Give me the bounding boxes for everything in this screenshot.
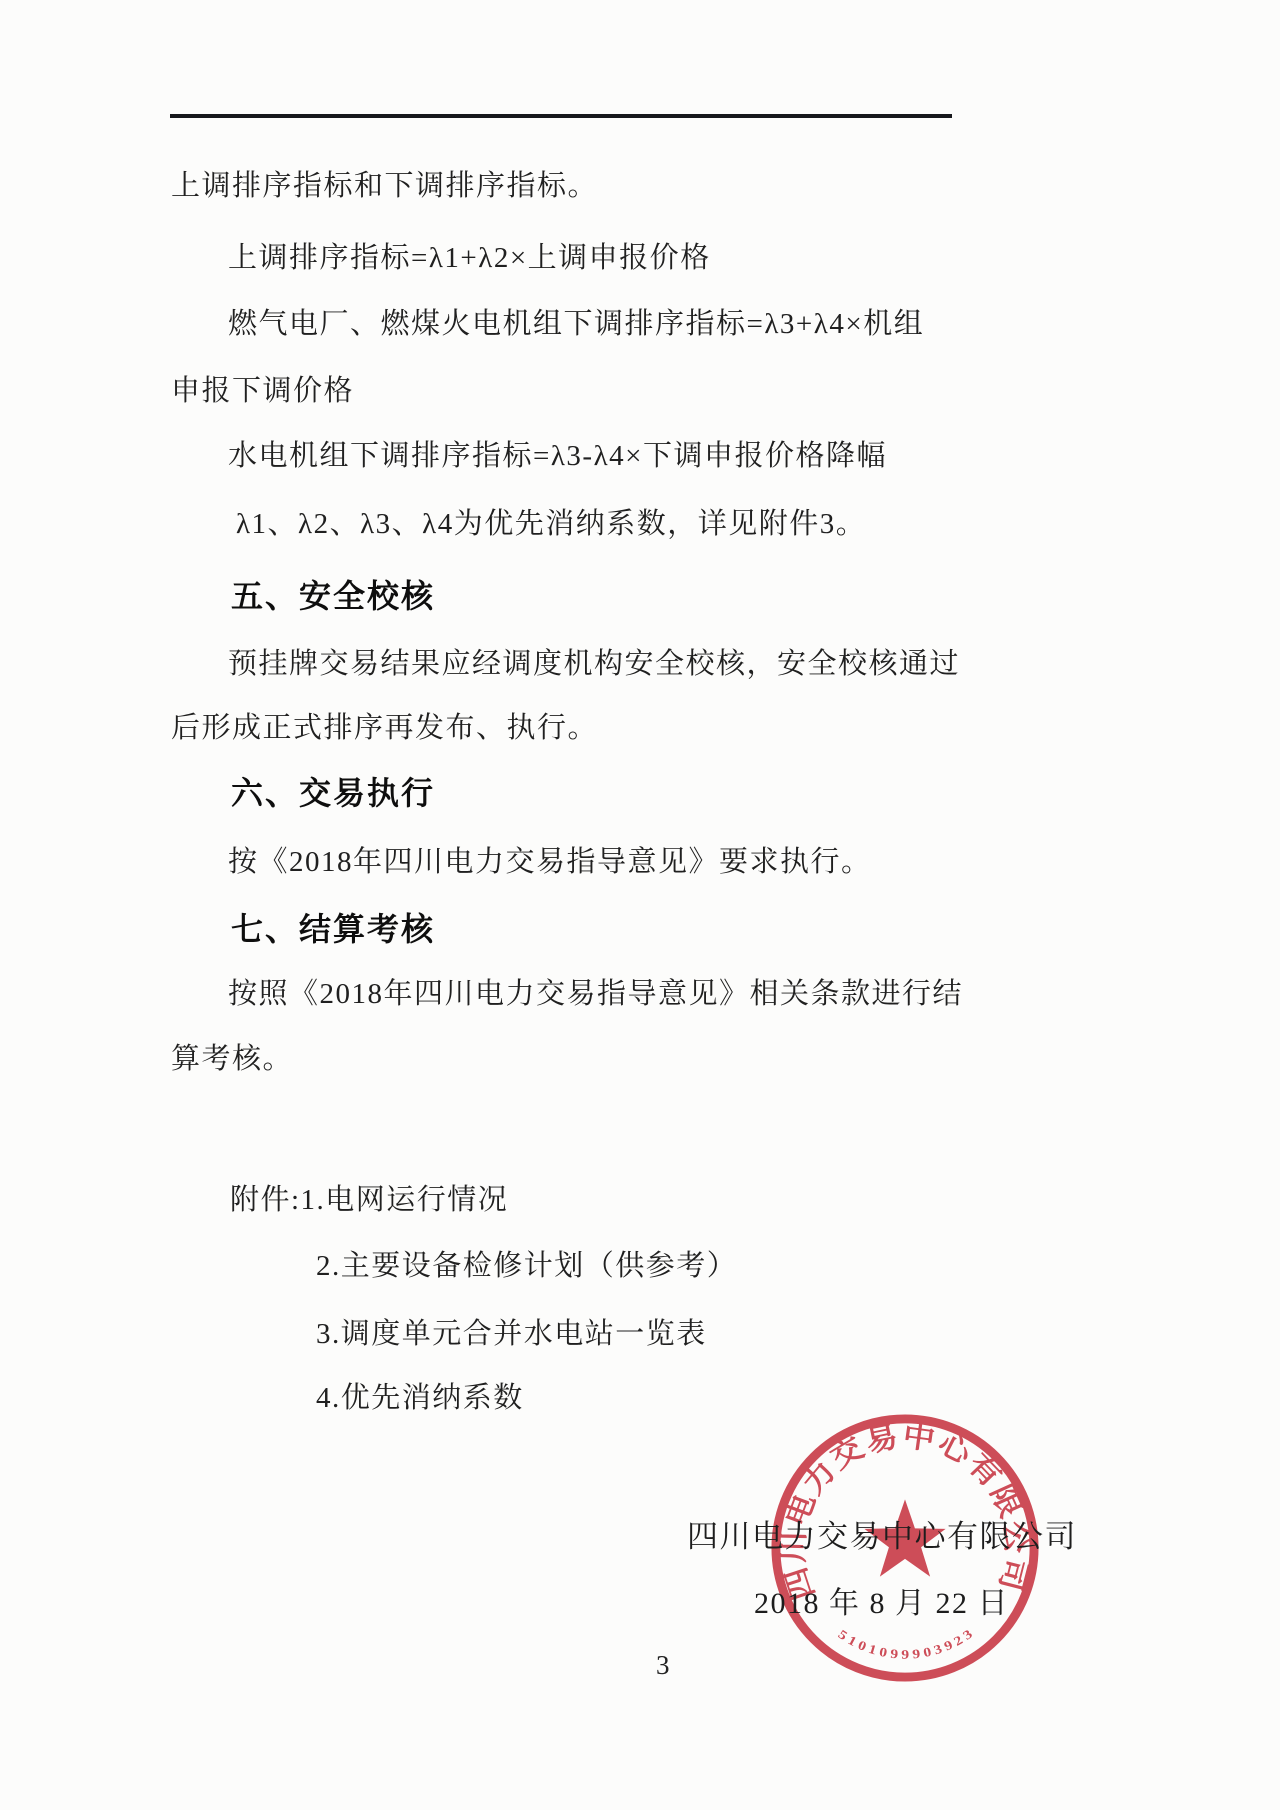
- paragraph-line: 按照《2018年四川电力交易指导意见》相关条款进行结: [228, 971, 963, 1012]
- paragraph-line: 预挂牌交易结果应经调度机构安全校核，安全校核通过: [228, 641, 960, 682]
- formula-line: 水电机组下调排序指标=λ3-λ4×下调申报价格降幅: [228, 433, 887, 474]
- attachment-item: 4.优先消纳系数: [316, 1375, 524, 1416]
- section-heading-7: 七、结算考核: [231, 904, 435, 950]
- paragraph-line: 上调排序指标和下调排序指标。: [171, 163, 598, 204]
- svg-text:5101099903923: 5101099903923: [836, 1625, 978, 1662]
- paragraph-continuation-line: 后形成正式排序再发布、执行。: [171, 705, 598, 746]
- attachment-item: 3.调度单元合并水电站一览表: [316, 1311, 707, 1352]
- scanned-page: 上调排序指标和下调排序指标。 上调排序指标=λ1+λ2×上调申报价格 燃气电厂、…: [0, 0, 1280, 1810]
- section-heading-6: 六、交易执行: [231, 768, 435, 814]
- header-rule: [170, 114, 952, 118]
- paragraph-continuation-line: 算考核。: [171, 1036, 293, 1077]
- attachments-label-line: 附件:1.电网运行情况: [230, 1177, 508, 1218]
- paragraph-line: 按《2018年四川电力交易指导意见》要求执行。: [228, 839, 872, 880]
- seal-serial-arc-text: 5101099903923: [836, 1625, 978, 1662]
- formula-line: 燃气电厂、燃煤火电机组下调排序指标=λ3+λ4×机组: [228, 301, 924, 342]
- section-heading-5: 五、安全校核: [231, 571, 435, 617]
- coefficient-note-line: λ1、λ2、λ3、λ4为优先消纳系数，详见附件3。: [236, 501, 866, 542]
- formula-continuation-line: 申报下调价格: [171, 368, 354, 409]
- attachment-item: 2.主要设备检修计划（供参考）: [316, 1243, 737, 1284]
- formula-line: 上调排序指标=λ1+λ2×上调申报价格: [228, 235, 711, 276]
- signature-company: 四川电力交易中心有限公司: [687, 1511, 1077, 1556]
- signature-date: 2018 年 8 月 22 日: [754, 1578, 1009, 1622]
- page-number: 3: [656, 1650, 670, 1681]
